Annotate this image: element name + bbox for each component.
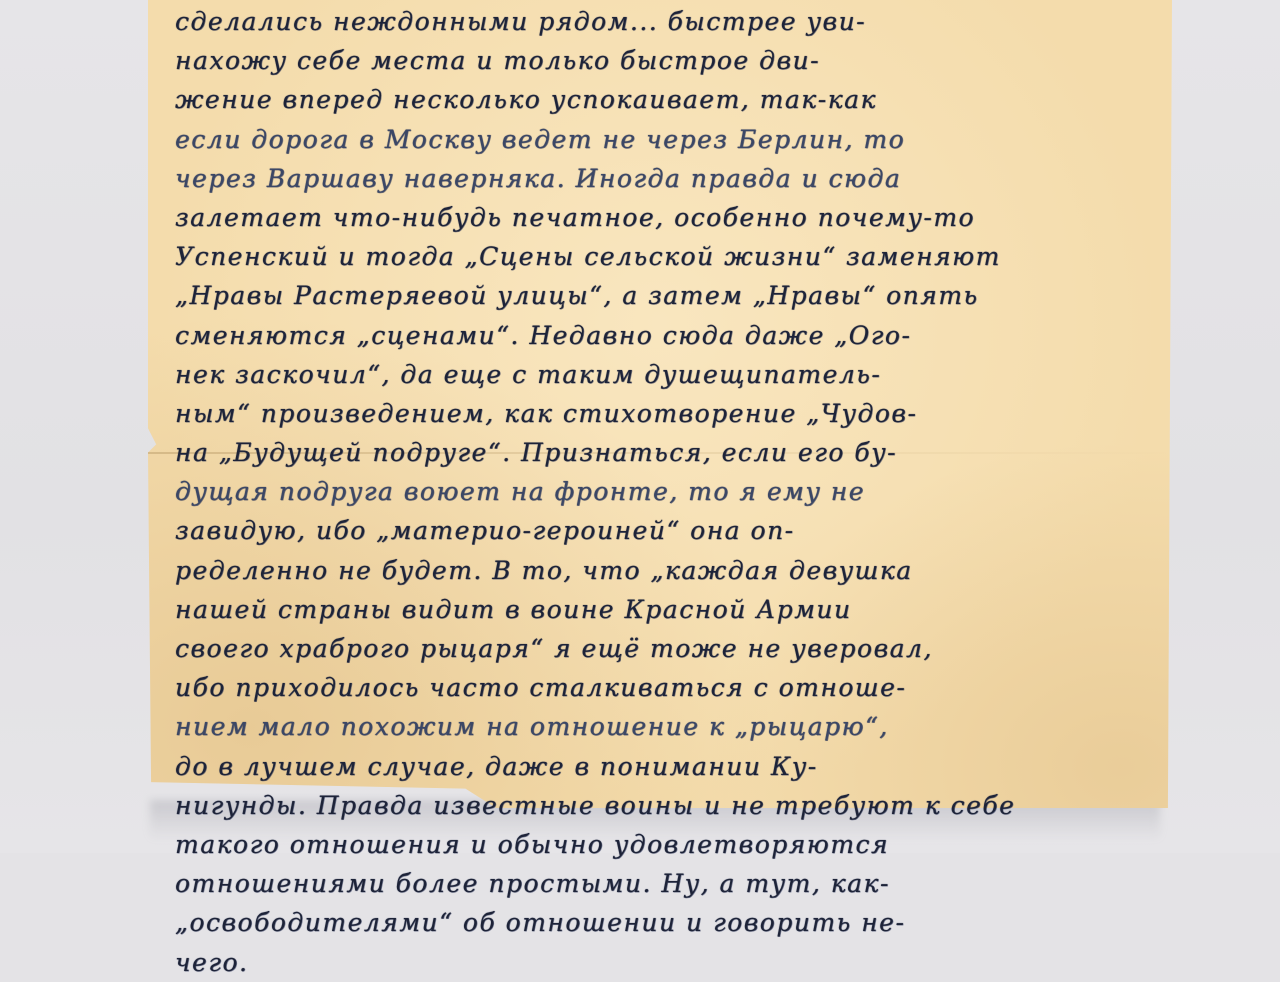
text-line-4: если дорога в Москву ведет не через Берл… bbox=[175, 120, 1165, 159]
text-line-11: ным“ произведением, как стихотворение „Ч… bbox=[175, 394, 1165, 433]
text-line-21: нигунды. Правда известные воины и не тре… bbox=[175, 786, 1165, 825]
text-line-10: нек заскочил“, да еще с таким душещипате… bbox=[175, 355, 1165, 394]
handwritten-text-body: сделались неждонными рядом... быстрее ув… bbox=[175, 2, 1165, 853]
text-line-22: такого отношения и обычно удовлетворяютс… bbox=[175, 825, 1165, 853]
text-line-2: нахожу себе места и только быстрое дви- bbox=[175, 41, 1165, 80]
text-line-3: жение вперед несколько успокаивает, так-… bbox=[175, 80, 1165, 119]
text-line-12: на „Будущей подруге“. Признаться, если е… bbox=[175, 433, 1165, 472]
text-line-8: „Нравы Растеряевой улицы“, а затем „Нрав… bbox=[175, 276, 1165, 315]
text-line-5: через Варшаву наверняка. Иногда правда и… bbox=[175, 159, 1165, 198]
text-line-7: Успенский и тогда „Сцены сельской жизни“… bbox=[175, 237, 1165, 276]
text-line-6: залетает что-нибудь печатное, особенно п… bbox=[175, 198, 1165, 237]
text-line-1: сделались неждонными рядом... быстрее ув… bbox=[175, 2, 1165, 41]
text-line-19: нием мало похожим на отношение к „рыцарю… bbox=[175, 707, 1165, 746]
text-line-20: до в лучшем случае, даже в понимании Ку- bbox=[175, 747, 1165, 786]
text-line-13: дущая подруга воюет на фронте, то я ему … bbox=[175, 472, 1165, 511]
text-line-14: завидую, ибо „материо-героиней“ она оп- bbox=[175, 511, 1165, 550]
text-line-16: нашей страны видит в воине Красной Армии bbox=[175, 590, 1165, 629]
text-line-18: ибо приходилось часто сталкиваться с отн… bbox=[175, 668, 1165, 707]
text-line-17: своего храброго рыцаря“ я ещё тоже не ув… bbox=[175, 629, 1165, 668]
text-line-9: сменяются „сценами“. Недавно сюда даже „… bbox=[175, 316, 1165, 355]
text-line-15: ределенно не будет. В то, что „каждая де… bbox=[175, 551, 1165, 590]
